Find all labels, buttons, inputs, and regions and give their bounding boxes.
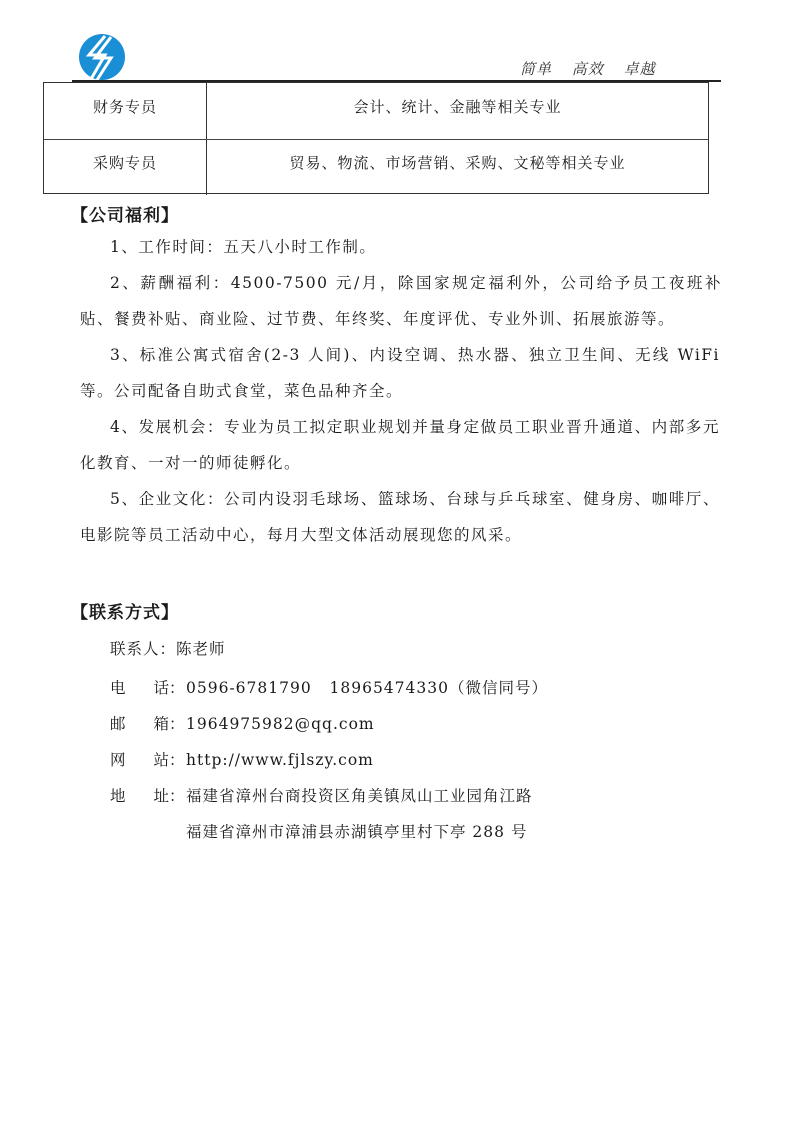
contact-person-line: 联系人：陈老师 [110, 637, 226, 659]
table-row: 财务专员 会计、统计、金融等相关专业 [44, 83, 708, 139]
positions-table: 财务专员 会计、统计、金融等相关专业 采购专员 贸易、物流、市场营销、采购、文秘… [43, 82, 709, 194]
website-link[interactable]: http://www.fjlszy.com [186, 751, 374, 769]
benefit-item: 4、发展机会：专业为员工拟定职业规划并量身定做员工职业晋升通道、内部多元化教育、… [80, 409, 720, 481]
company-slogan: 简单 高效 卓越 [520, 58, 696, 79]
slogan-word: 卓越 [624, 60, 656, 78]
email-value[interactable]: 1964975982@qq.com [186, 715, 375, 733]
address-value-1: 福建省漳州台商投资区角美镇凤山工业园角江路 [186, 787, 533, 805]
contact-person-value: 陈老师 [176, 640, 226, 658]
contact-phone-line: 电话：0596-6781790 18965474330（微信同号） [110, 676, 548, 698]
requirement-cell: 会计、统计、金融等相关专业 [207, 83, 708, 139]
contact-person-label: 联系人： [110, 640, 176, 658]
requirement-cell: 贸易、物流、市场营销、采购、文秘等相关专业 [207, 140, 708, 195]
slogan-word: 高效 [572, 60, 604, 78]
position-cell: 采购专员 [44, 140, 207, 195]
benefit-item: 3、标准公寓式宿舍(2-3 人间)、内设空调、热水器、独立卫生间、无线 WiFi… [80, 337, 720, 409]
contact-address-line-2: 福建省漳州市漳浦县赤湖镇亭里村下亭 288 号 [186, 820, 527, 842]
website-label: 网站： [110, 748, 186, 770]
address-label: 地址： [110, 784, 186, 806]
phone-value: 0596-6781790 18965474330（微信同号） [186, 679, 548, 697]
benefit-item: 1、工作时间：五天八小时工作制。 [80, 229, 720, 265]
benefits-heading: 【公司福利】 [71, 201, 179, 226]
address-value-2: 福建省漳州市漳浦县赤湖镇亭里村下亭 288 号 [186, 823, 527, 841]
email-label: 邮箱： [110, 712, 186, 734]
contact-heading: 【联系方式】 [71, 598, 179, 623]
contact-website-line: 网站：http://www.fjlszy.com [110, 748, 374, 770]
table-row: 采购专员 贸易、物流、市场营销、采购、文秘等相关专业 [44, 139, 708, 195]
benefit-item: 5、企业文化：公司内设羽毛球场、篮球场、台球与乒乓球室、健身房、咖啡厅、电影院等… [80, 481, 720, 553]
phone-label: 电话： [110, 676, 186, 698]
slogan-word: 简单 [520, 60, 552, 78]
contact-address-line: 地址：福建省漳州台商投资区角美镇凤山工业园角江路 [110, 784, 533, 806]
benefit-item: 2、薪酬福利：4500-7500 元/月，除国家规定福利外，公司给予员工夜班补贴… [80, 265, 722, 337]
contact-email-line: 邮箱：1964975982@qq.com [110, 712, 375, 734]
company-logo-icon [78, 33, 126, 81]
position-cell: 财务专员 [44, 83, 207, 139]
